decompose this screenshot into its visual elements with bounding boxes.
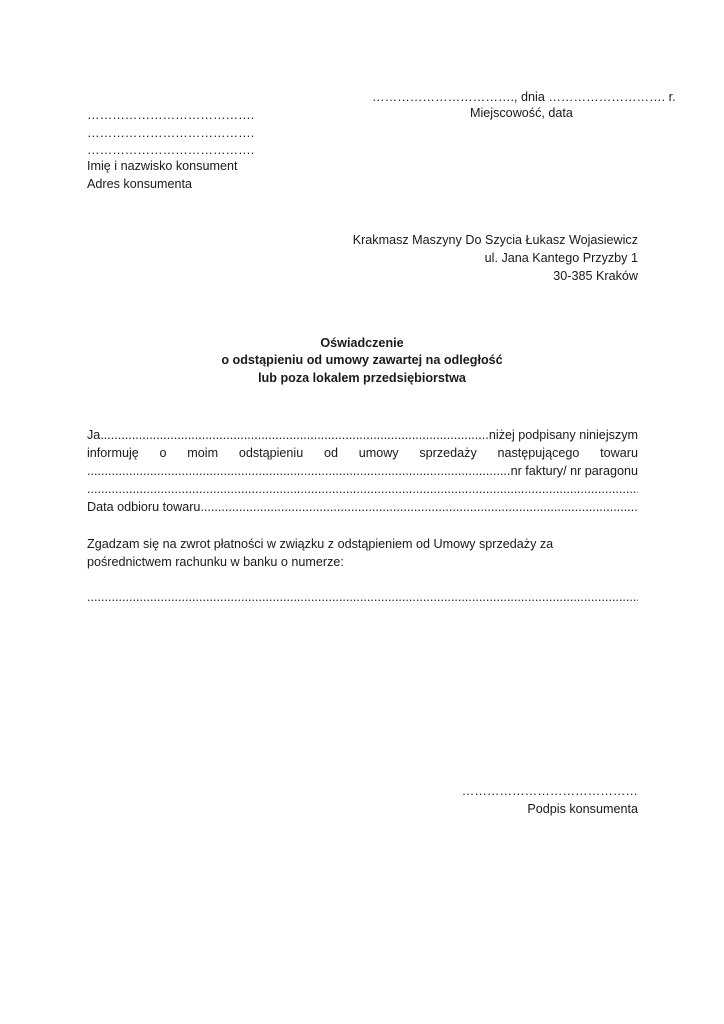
document-subtitle-2: lub poza lokalem przedsiębiorstwa — [0, 370, 724, 386]
refund-consent-text-1: Zgadzam się na zwrot płatności w związku… — [87, 536, 553, 552]
signature-label: Podpis konsumenta — [527, 801, 638, 817]
declarant-name-line[interactable]: Ja niżej podpisany niniejszym — [87, 427, 638, 443]
statement-word: odstąpieniu — [239, 445, 303, 461]
statement-word: od — [324, 445, 338, 461]
place-date-label: Miejscowość, data — [470, 105, 573, 121]
statement-word: umowy — [359, 445, 399, 461]
bank-account-line[interactable] — [87, 589, 638, 605]
consumer-field-2[interactable]: …………………………………. — [87, 125, 254, 141]
refund-consent-text-2: pośrednictwem rachunku w banku o numerze… — [87, 554, 344, 570]
document-subtitle-1: o odstąpieniu od umowy zawartej na odleg… — [0, 352, 724, 368]
recipient-city: 30-385 Kraków — [553, 268, 638, 284]
withdrawal-statement-line: informujęomoimodstąpieniuodumowysprzedaż… — [87, 445, 638, 461]
invoice-label: nr faktury/ nr paragonu — [511, 463, 638, 479]
pickup-date-field[interactable] — [200, 499, 638, 515]
statement-word: sprzedaży — [419, 445, 476, 461]
statement-word: następującego — [497, 445, 579, 461]
statement-word: moim — [187, 445, 218, 461]
goods-field[interactable] — [87, 463, 511, 479]
signature-field[interactable]: …………………………………… — [462, 783, 638, 799]
recipient-street: ul. Jana Kantego Przyzby 1 — [485, 250, 638, 266]
goods-invoice-line[interactable]: nr faktury/ nr paragonu — [87, 463, 638, 479]
consumer-address-label: Adres konsumenta — [87, 176, 192, 192]
consumer-field-3[interactable]: …………………………………. — [87, 142, 254, 158]
document-title: Oświadczenie — [0, 335, 724, 351]
invoice-number-field[interactable] — [87, 481, 638, 497]
consumer-field-1[interactable]: …………………………………. — [87, 107, 254, 123]
declarant-name-field[interactable] — [100, 427, 489, 443]
bank-account-field[interactable] — [87, 589, 638, 605]
recipient-company: Krakmasz Maszyny Do Szycia Łukasz Wojasi… — [353, 232, 638, 248]
pickup-date-line[interactable]: Data odbioru towaru — [87, 499, 638, 515]
invoice-number-line[interactable] — [87, 481, 638, 497]
line-suffix: niżej podpisany niniejszym — [489, 427, 638, 443]
statement-word: informuję — [87, 445, 139, 461]
statement-word: o — [160, 445, 167, 461]
statement-word: towaru — [600, 445, 638, 461]
line-prefix: Ja — [87, 427, 100, 443]
consumer-name-label: Imię i nazwisko konsument — [87, 158, 238, 174]
place-date-field[interactable]: ……………………………., dnia ………………………. r. — [372, 89, 676, 105]
pickup-date-label: Data odbioru towaru — [87, 499, 200, 515]
